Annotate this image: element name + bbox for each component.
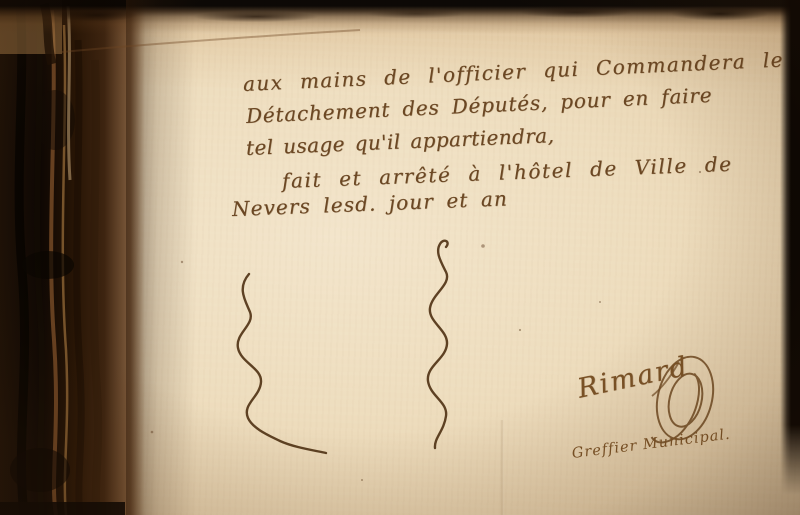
manuscript-photo: aux mains de l'officier qui Commandera l… (0, 0, 800, 515)
